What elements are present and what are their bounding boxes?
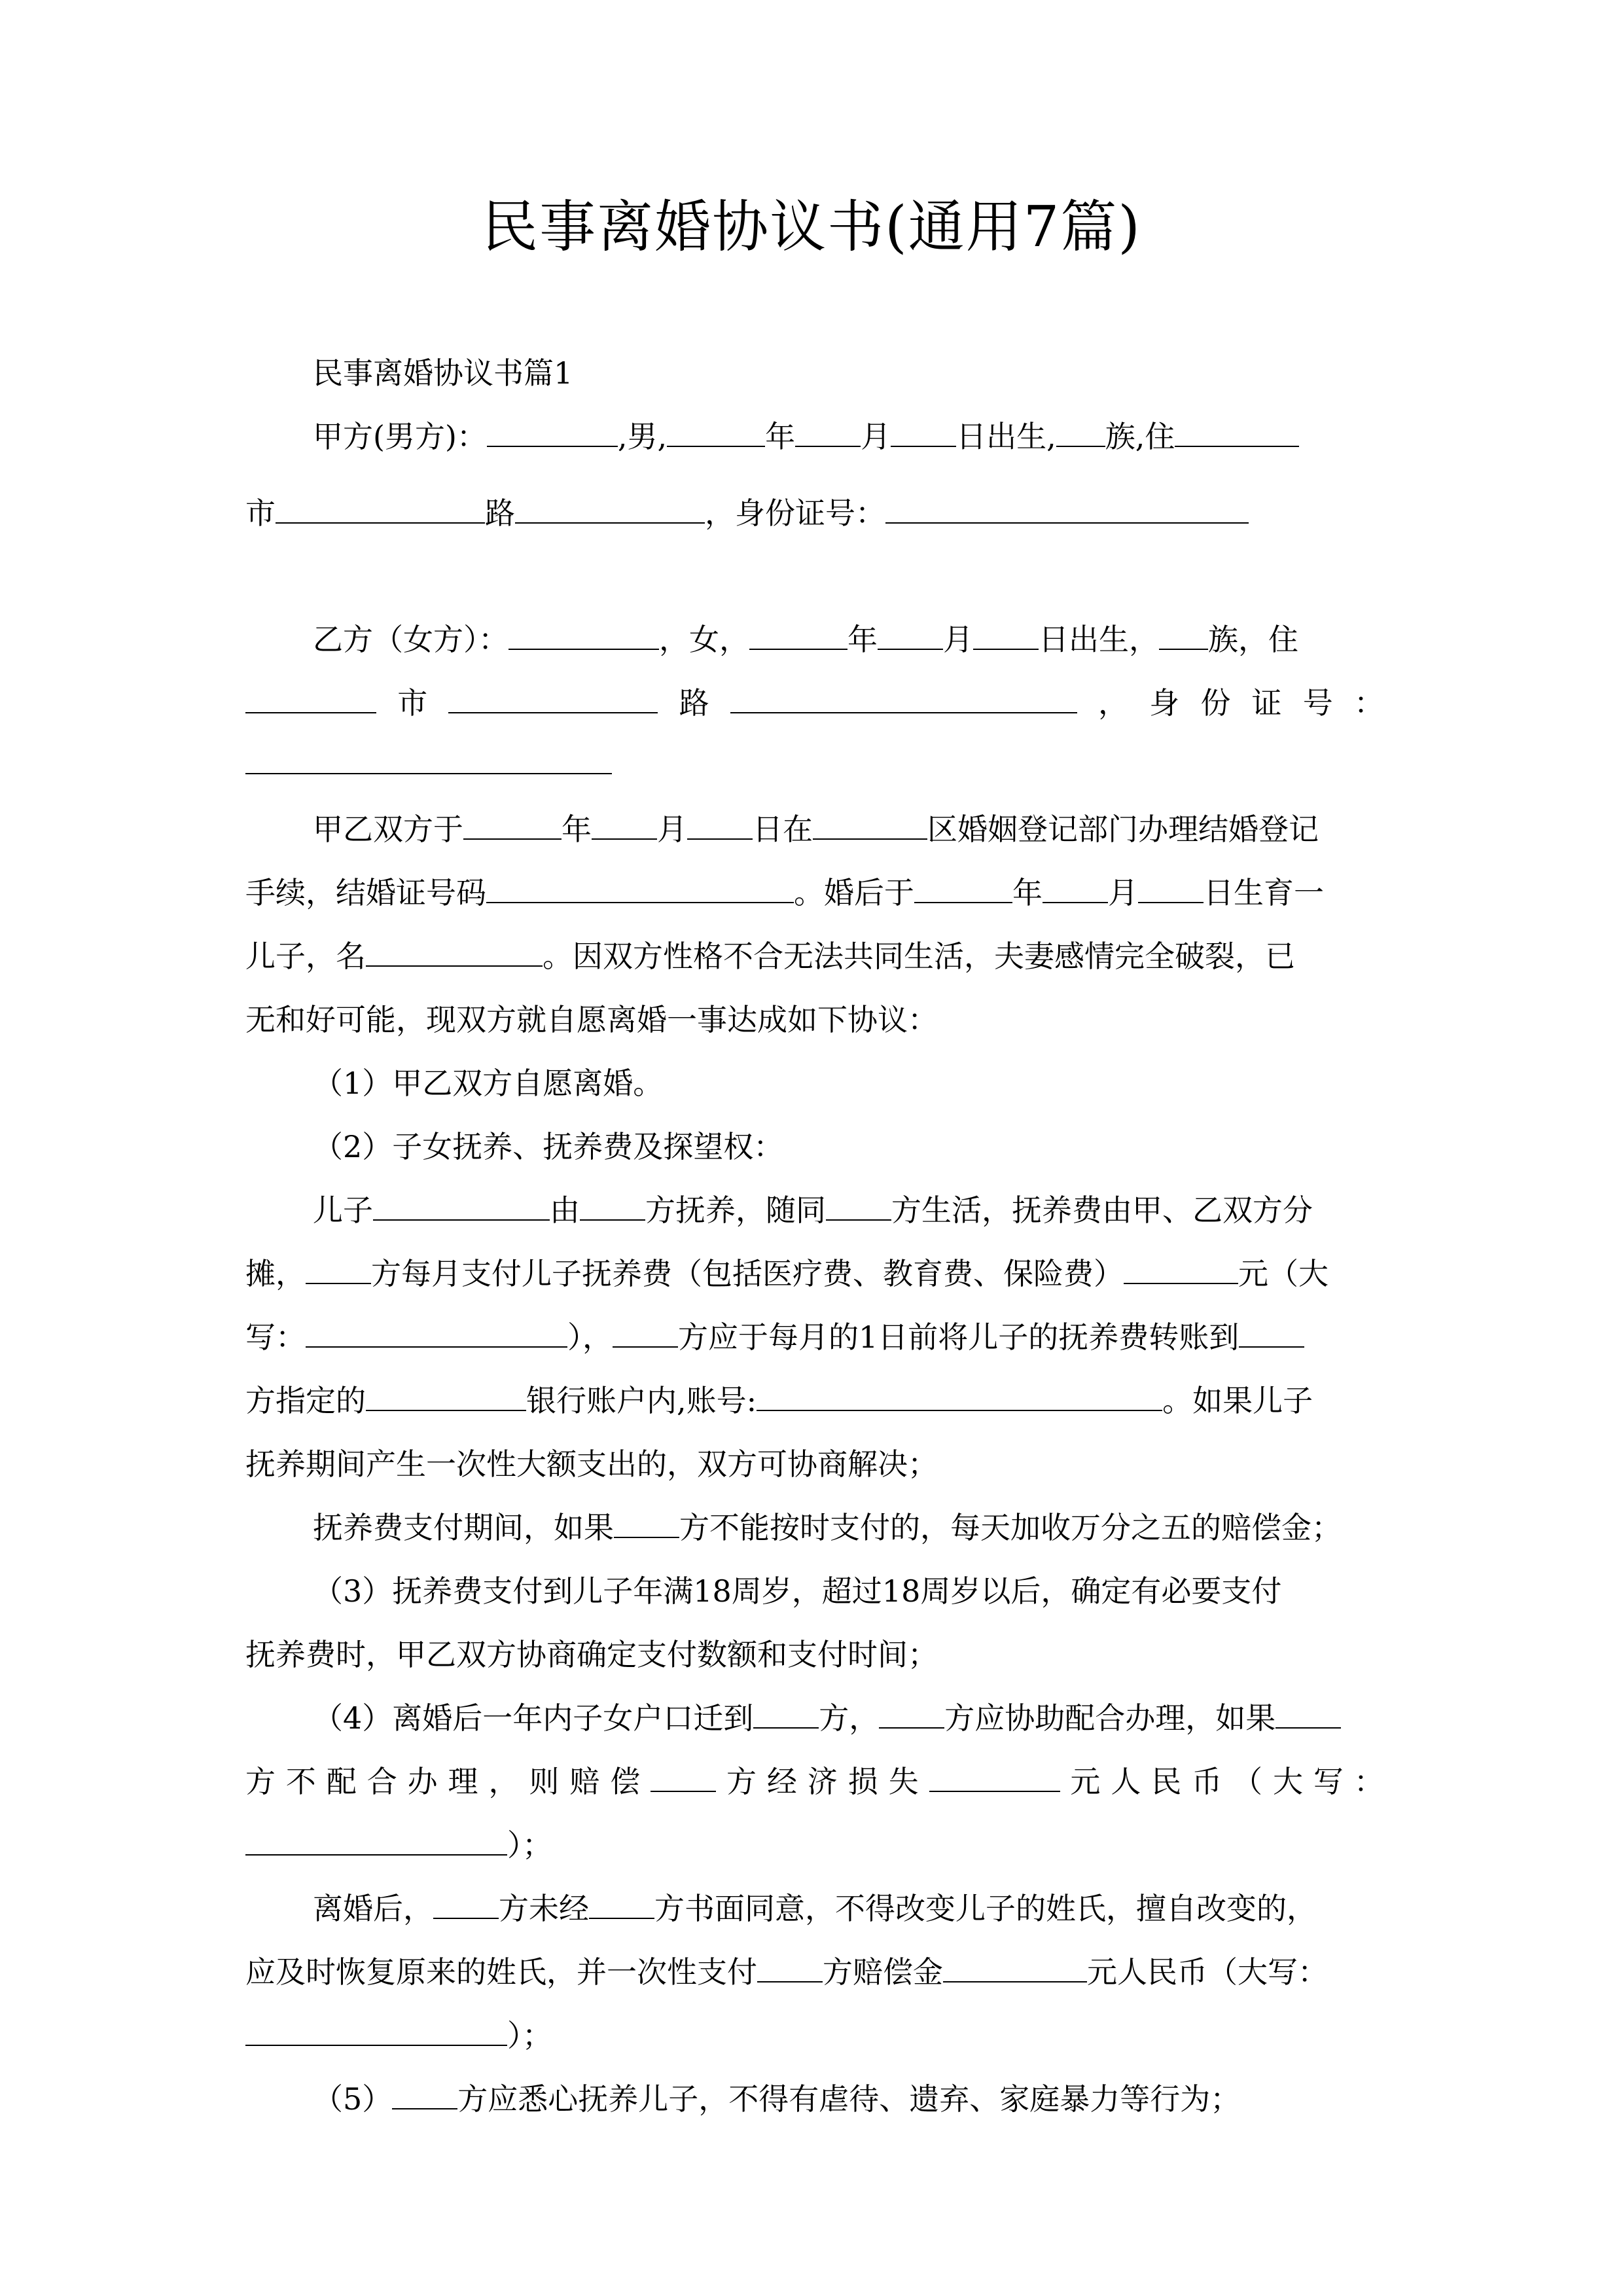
text-segment: 月	[1108, 875, 1138, 910]
text-line: （3）抚养费支付到儿子年满18周岁，超过18周岁以后，确定有必要支付	[313, 1571, 1281, 1611]
text-segment: （3）抚养费支付到儿子年满18周岁，超过18周岁以后，确定有必要支付	[313, 1573, 1281, 1609]
text-segment: ，	[488, 1762, 518, 1801]
blank-field[interactable]	[879, 1698, 944, 1729]
text-segment: 方，	[819, 1700, 879, 1736]
blank-field[interactable]	[613, 1318, 678, 1348]
text-segment: ，	[1098, 683, 1128, 723]
text-segment: 市	[397, 683, 427, 723]
text-line: 儿子由方抚养，随同方生活，抚养费由甲、乙双方分	[313, 1191, 1313, 1230]
text-segment: 无和好可能，现双方就自愿离婚一事达成如下协议：	[245, 1002, 938, 1037]
blank-field[interactable]	[757, 1952, 823, 1982]
blank-field[interactable]	[651, 1762, 716, 1792]
text-segment: 方抚养，随同	[645, 1193, 826, 1228]
text-segment: 方赔偿金	[823, 1954, 943, 1990]
text-segment: 方	[245, 1762, 276, 1801]
text-segment: 抚养期间产生一次性大额支出的，双方可协商解决；	[245, 1446, 938, 1482]
blank-field[interactable]	[580, 1191, 645, 1221]
text-segment: 损	[848, 1762, 878, 1801]
text-segment: 儿子	[313, 1193, 373, 1228]
blank-field[interactable]	[1124, 1254, 1238, 1284]
text-line: 方指定的银行账户内,账号:。如果儿子	[245, 1381, 1313, 1420]
text-line: 甲乙双方于年月日在区婚姻登记部门办理结婚登记	[313, 810, 1319, 849]
blank-field[interactable]	[306, 1254, 371, 1284]
blank-field[interactable]	[245, 2016, 507, 2046]
text-line: ）；	[245, 2016, 552, 2055]
blank-field[interactable]	[589, 1889, 654, 1919]
text-segment: 族,住	[1105, 419, 1175, 454]
text-segment: 币	[1192, 1762, 1222, 1801]
text-segment: 应及时恢复原来的姓氏，并一次性支付	[245, 1954, 757, 1990]
blank-field[interactable]	[245, 744, 612, 774]
text-segment: 元人民币（大写：	[1087, 1954, 1328, 1990]
text-line: ）；	[245, 1825, 552, 1865]
text-line: 市路，身份证号：	[245, 683, 1384, 723]
text-line: （2）子女抚养、抚养费及探望权：	[313, 1127, 783, 1166]
blank-field[interactable]	[757, 1381, 1162, 1411]
text-segment: 合	[367, 1762, 397, 1801]
text-segment: 族，住	[1208, 622, 1298, 657]
text-segment: 人	[1111, 1762, 1141, 1801]
text-segment: 日在	[753, 812, 813, 847]
text-line: （4）离婚后一年内子女户口迁到方，方应协助配合办理，如果	[313, 1698, 1341, 1738]
text-segment: 赔	[569, 1762, 599, 1801]
text-segment: ，女，	[659, 622, 749, 657]
text-segment: 方应于每月的1日前将儿子的抚养费转账到	[678, 1319, 1239, 1355]
blank-field[interactable]	[1043, 873, 1108, 903]
text-segment: 抚养费时，甲乙双方协商确定支付数额和支付时间；	[245, 1637, 938, 1672]
text-line: 方不配合办理，则赔偿方经济损失元人民币（大写：	[245, 1762, 1384, 1801]
text-segment: 元（大	[1238, 1256, 1329, 1291]
blank-field[interactable]	[753, 1698, 819, 1729]
text-segment: 银行账户内,账号:	[526, 1383, 757, 1418]
text-segment: 方指定的	[245, 1383, 366, 1418]
text-segment: 则	[529, 1762, 559, 1801]
text-segment: 方未经	[499, 1891, 589, 1926]
text-segment: 理	[448, 1762, 478, 1801]
text-segment: 年	[765, 419, 795, 454]
text-segment: 方	[726, 1762, 757, 1801]
text-segment: 甲方(男方)：	[313, 419, 487, 454]
blank-field[interactable]	[914, 873, 1012, 903]
blank-field[interactable]	[1159, 620, 1208, 650]
text-segment: 配	[327, 1762, 357, 1801]
text-segment: 写	[1313, 1762, 1344, 1801]
text-segment: 路	[485, 495, 515, 531]
text-segment: ）；	[507, 2018, 552, 2053]
blank-field[interactable]	[1056, 417, 1105, 447]
blank-field[interactable]	[448, 683, 658, 713]
blank-field[interactable]	[592, 810, 657, 840]
text-segment: 大	[1273, 1762, 1303, 1801]
text-segment: ），	[567, 1319, 613, 1355]
text-line: 抚养费支付期间，如果方不能按时支付的，每天加收万分之五的赔偿金；	[313, 1508, 1342, 1547]
text-segment: 抚养费支付期间，如果	[313, 1510, 614, 1545]
blank-field[interactable]	[749, 620, 847, 650]
blank-field[interactable]	[687, 810, 753, 840]
text-line: （1）甲乙双方自愿离婚。	[313, 1064, 663, 1103]
blank-field[interactable]	[392, 2079, 457, 2109]
blank-field[interactable]	[1275, 1698, 1341, 1729]
text-segment: 儿子，名	[245, 939, 366, 974]
text-segment: 。因双方性格不合无法共同生活，夫妻感情完全破裂，已	[543, 939, 1295, 974]
text-segment: ：	[1354, 683, 1384, 723]
text-segment: 摊，	[245, 1256, 306, 1291]
blank-field[interactable]	[366, 1381, 526, 1411]
text-line: 儿子，名。因双方性格不合无法共同生活，夫妻感情完全破裂，已	[245, 937, 1295, 976]
text-segment: （	[1232, 1762, 1262, 1801]
blank-field[interactable]	[433, 1889, 499, 1919]
text-segment: 月	[657, 812, 687, 847]
text-segment: 不	[286, 1762, 316, 1801]
text-segment: 区婚姻登记部门办理结婚登记	[927, 812, 1319, 847]
text-segment: 月	[861, 419, 891, 454]
blank-field[interactable]	[1138, 873, 1204, 903]
text-segment: ,男,	[618, 419, 667, 454]
blank-field[interactable]	[813, 810, 927, 840]
blank-field[interactable]	[943, 1952, 1087, 1982]
text-segment: 方应协助配合办理，如果	[944, 1700, 1275, 1736]
text-segment: 身	[1149, 683, 1179, 723]
text-segment: 。如果儿子	[1162, 1383, 1313, 1418]
text-segment: 元	[1070, 1762, 1100, 1801]
text-line: 乙方（女方）：，女，年月日出生，族，住	[313, 620, 1298, 659]
text-segment: ，身份证号：	[705, 495, 885, 531]
text-segment: 证	[1252, 683, 1282, 723]
blank-field[interactable]	[826, 1191, 891, 1221]
blank-field[interactable]	[973, 620, 1039, 650]
text-segment: 离婚后，	[313, 1891, 433, 1926]
text-segment: 办	[408, 1762, 438, 1801]
text-segment: 年	[1012, 875, 1043, 910]
blank-field[interactable]	[366, 937, 543, 967]
text-segment: （4）离婚后一年内子女户口迁到	[313, 1700, 753, 1736]
blank-field[interactable]	[245, 683, 376, 713]
text-line: 无和好可能，现双方就自愿离婚一事达成如下协议：	[245, 1000, 938, 1039]
blank-field[interactable]	[1175, 417, 1299, 447]
text-line: 甲方(男方)：,男,年月日出生,族,住	[313, 417, 1299, 456]
blank-field[interactable]	[306, 1318, 567, 1348]
text-segment: 方书面同意，不得改变儿子的姓氏，擅自改变的，	[654, 1891, 1317, 1926]
text-line: 抚养费时，甲乙双方协商确定支付数额和支付时间；	[245, 1635, 938, 1674]
text-line: 手续，结婚证号码。婚后于年月日生育一	[245, 873, 1324, 912]
text-segment: 月	[943, 622, 973, 657]
text-line: （5）方应悉心抚养儿子，不得有虐待、遗弃、家庭暴力等行为；	[313, 2079, 1240, 2119]
blank-field[interactable]	[515, 493, 705, 524]
blank-field[interactable]	[508, 620, 659, 650]
blank-field[interactable]	[276, 493, 485, 524]
text-segment: 偿	[610, 1762, 640, 1801]
text-line: 抚养期间产生一次性大额支出的，双方可协商解决；	[245, 1444, 938, 1484]
blank-field[interactable]	[667, 417, 765, 447]
text-segment: 民	[1151, 1762, 1181, 1801]
text-segment: 济	[808, 1762, 838, 1801]
text-segment: 由	[550, 1193, 580, 1228]
text-segment: 乙方（女方）：	[313, 622, 508, 657]
blank-field[interactable]	[245, 1825, 507, 1856]
text-segment: （1）甲乙双方自愿离婚。	[313, 1066, 663, 1101]
blank-field[interactable]	[878, 620, 943, 650]
text-segment: 路	[679, 683, 709, 723]
text-segment: 日出生，	[1039, 622, 1159, 657]
text-segment: 甲乙双方于	[313, 812, 463, 847]
blank-field[interactable]	[373, 1191, 550, 1221]
text-line: 写：），方应于每月的1日前将儿子的抚养费转账到	[245, 1318, 1304, 1357]
text-line: 市路，身份证号：	[245, 493, 1249, 533]
text-segment: 方不能按时支付的，每天加收万分之五的赔偿金；	[679, 1510, 1342, 1545]
blank-field[interactable]	[730, 683, 1077, 713]
blank-field[interactable]	[463, 810, 562, 840]
text-segment: 日生育一	[1204, 875, 1324, 910]
blank-field[interactable]	[795, 417, 861, 447]
blank-field[interactable]	[929, 1762, 1060, 1792]
blank-field[interactable]	[891, 417, 956, 447]
text-segment: 年	[562, 812, 592, 847]
text-segment: 号	[1303, 683, 1333, 723]
text-line: 应及时恢复原来的姓氏，并一次性支付方赔偿金元人民币（大写：	[245, 1952, 1328, 1992]
text-segment: 年	[847, 622, 878, 657]
text-segment: 方生活，抚养费由甲、乙双方分	[891, 1193, 1313, 1228]
text-line	[245, 744, 612, 783]
text-segment: （5）	[313, 2081, 392, 2117]
text-segment: 失	[889, 1762, 919, 1801]
text-line: 离婚后，方未经方书面同意，不得改变儿子的姓氏，擅自改变的，	[313, 1889, 1317, 1928]
blank-field[interactable]	[487, 417, 618, 447]
blank-field[interactable]	[1239, 1318, 1304, 1348]
blank-field[interactable]	[885, 493, 1249, 524]
text-segment: 方应悉心抚养儿子，不得有虐待、遗弃、家庭暴力等行为；	[457, 2081, 1240, 2117]
text-segment: ）；	[507, 1827, 552, 1863]
text-segment: （2）子女抚养、抚养费及探望权：	[313, 1129, 783, 1164]
text-segment: 经	[767, 1762, 797, 1801]
text-segment: 日出生,	[956, 419, 1056, 454]
blank-field[interactable]	[486, 873, 794, 903]
text-segment: 市	[245, 495, 276, 531]
text-segment: ：	[1354, 1762, 1384, 1801]
blank-field[interactable]	[614, 1508, 679, 1538]
text-segment: 份	[1200, 683, 1230, 723]
section-heading: 民事离婚协议书篇1	[313, 353, 573, 393]
text-segment: 方每月支付儿子抚养费（包括医疗费、教育费、保险费）	[371, 1256, 1124, 1291]
text-segment: 手续，结婚证号码	[245, 875, 486, 910]
text-line: 摊，方每月支付儿子抚养费（包括医疗费、教育费、保险费）元（大	[245, 1254, 1329, 1293]
document-title: 民事离婚协议书(通用7篇)	[0, 191, 1623, 263]
text-segment: 写：	[245, 1319, 306, 1355]
text-segment: 。婚后于	[794, 875, 914, 910]
